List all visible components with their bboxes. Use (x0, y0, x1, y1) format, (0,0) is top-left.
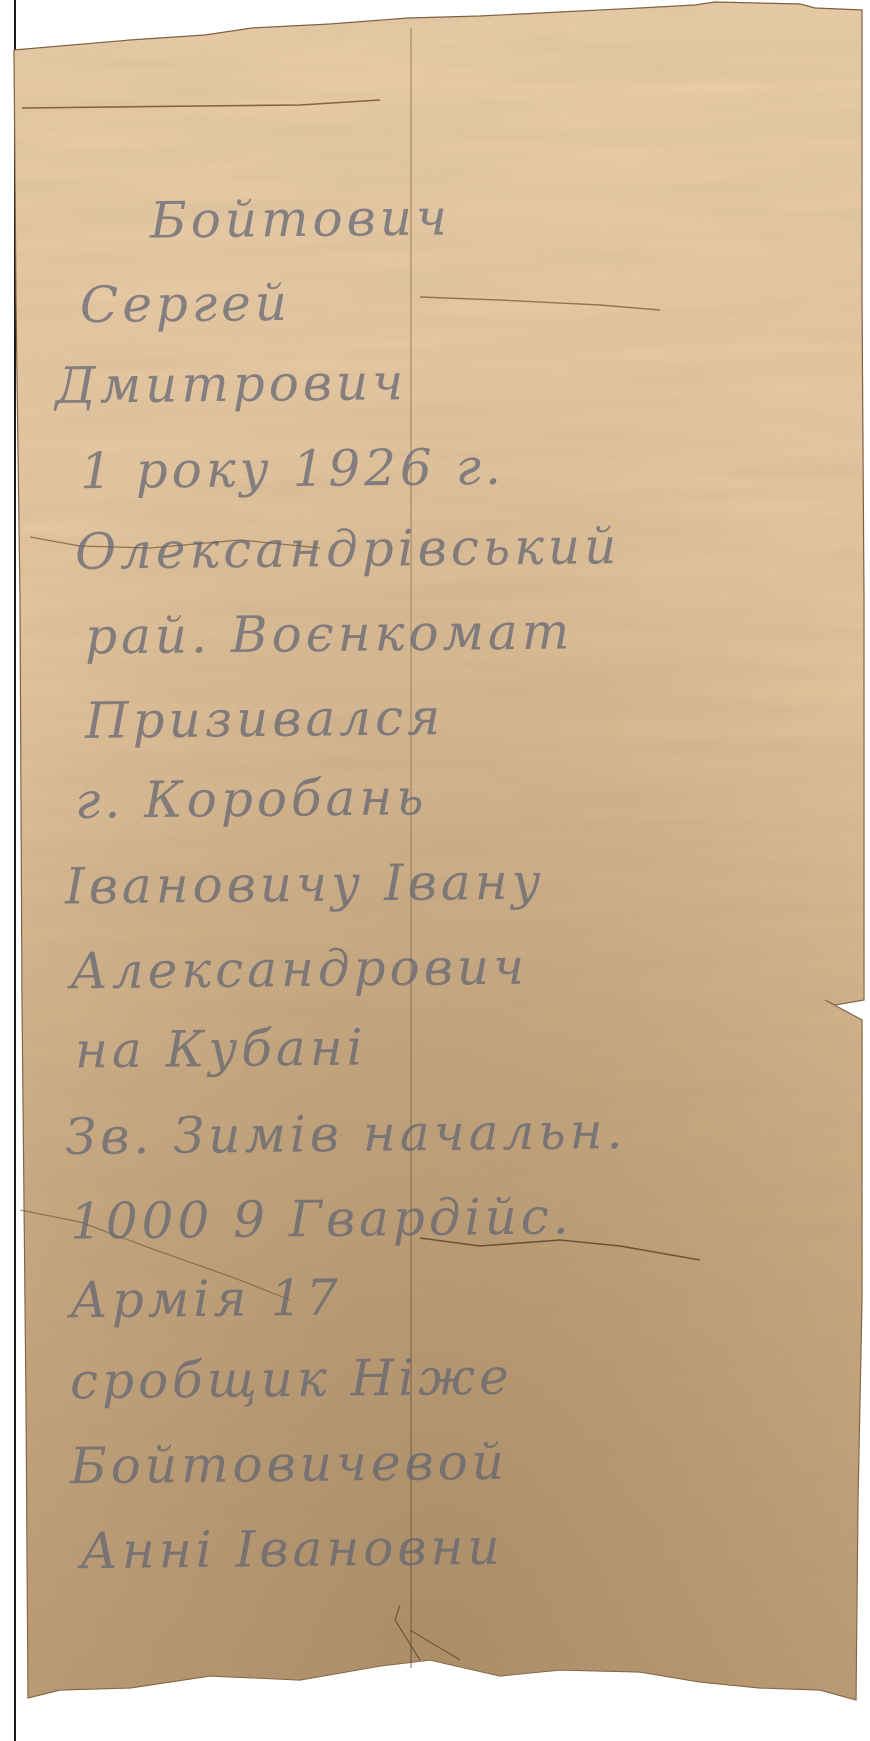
handwritten-line: Сергей (80, 274, 292, 334)
handwritten-line: г. Коробань (75, 768, 428, 830)
handwritten-line: сробщик Ніже (70, 1348, 513, 1411)
handwritten-line: Івановичу Івану (65, 852, 545, 915)
vertical-fold-crease (410, 28, 412, 1668)
handwritten-line: Зв. Зимів начальн. (65, 1102, 627, 1166)
handwritten-line: Бойтович (150, 188, 452, 249)
handwritten-line: Олександрівський (75, 517, 621, 581)
handwritten-line: Бойтовичевой (70, 1433, 509, 1496)
handwritten-line: 1 року 1926 г. (80, 438, 505, 500)
handwritten-line: 1000 9 Гвардійс. (70, 1187, 573, 1250)
handwritten-line: Армія 17 (70, 1269, 343, 1330)
handwritten-line: рай. Воєнкомат (85, 602, 574, 665)
handwritten-line: Дмитрович (55, 353, 408, 415)
handwritten-line: Призивался (85, 688, 445, 750)
handwritten-line: Анні Івановни (80, 1518, 504, 1580)
handwritten-line: Александрович (70, 938, 529, 1001)
handwritten-line: на Кубані (75, 1018, 367, 1079)
